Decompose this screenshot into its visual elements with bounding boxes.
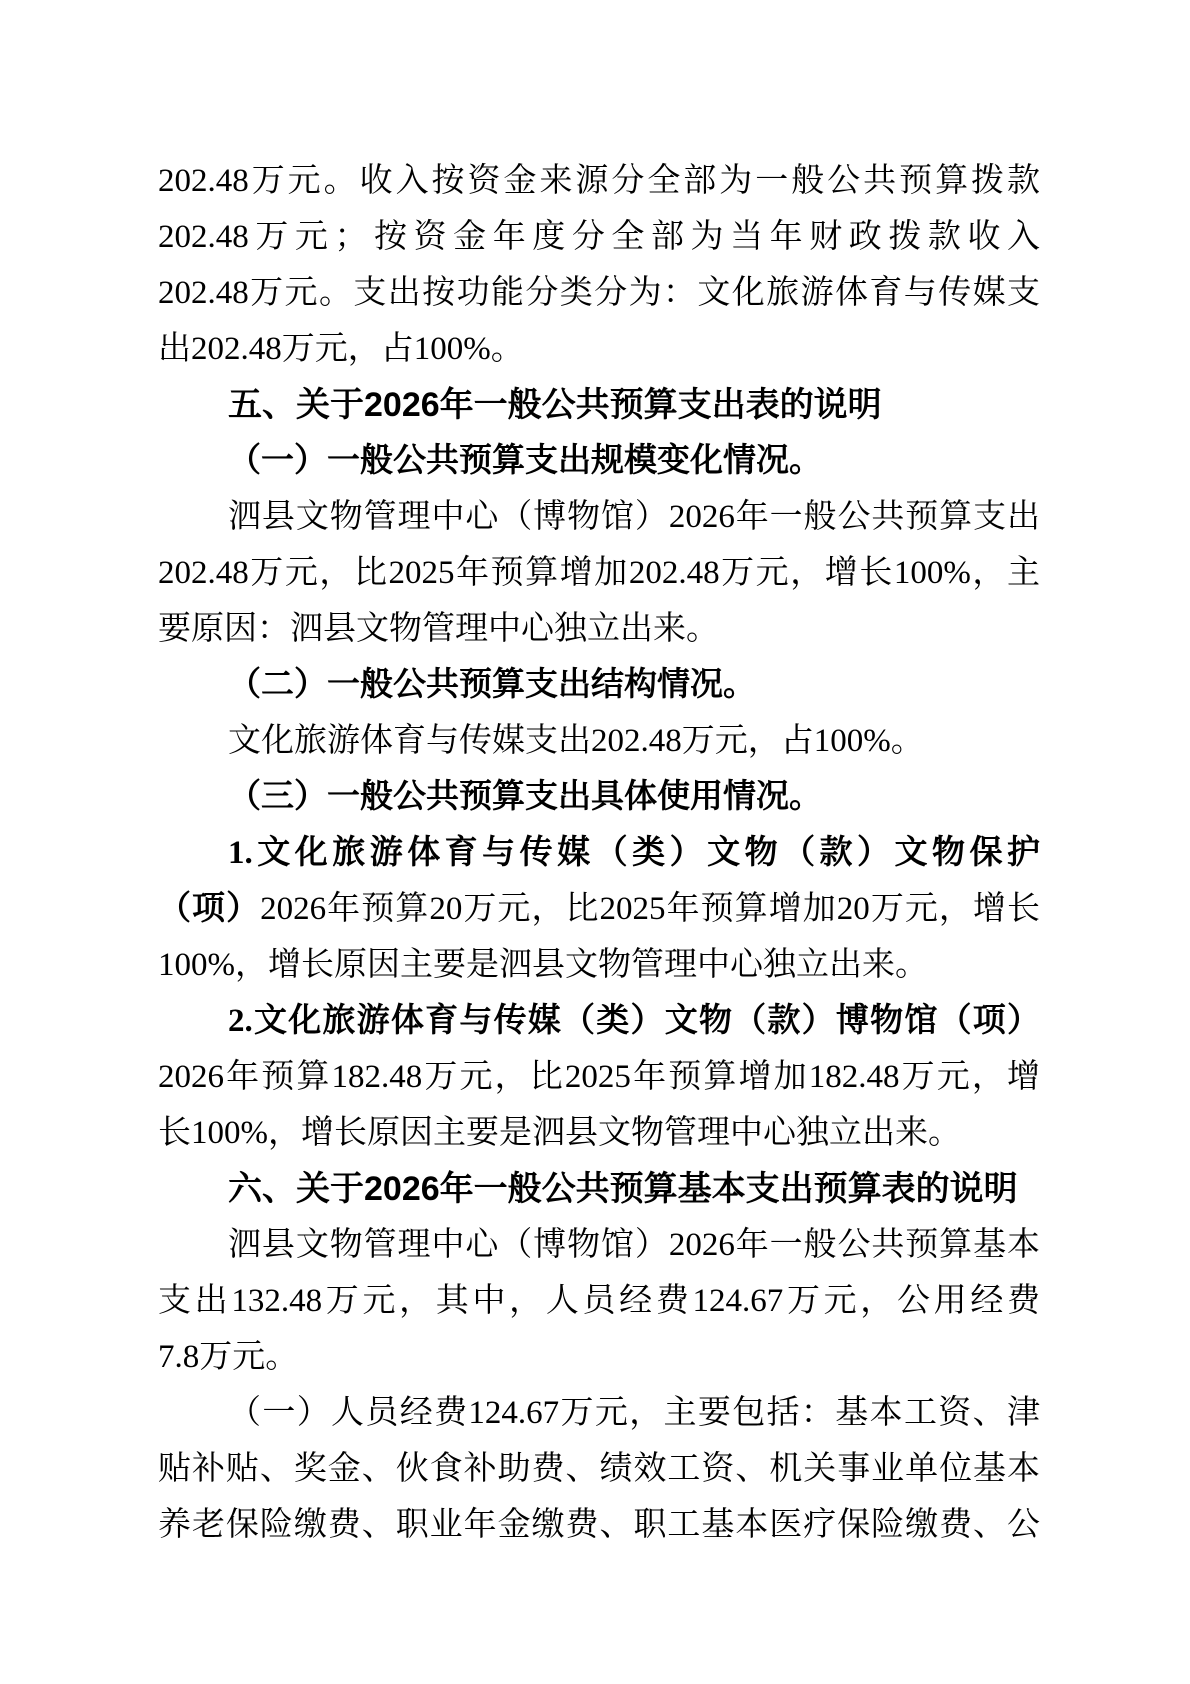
text-segment: 出202.48万元，占100%。 [158,331,524,367]
text-segment: 泗县文物管理中心（博物馆）2026年一般公共预算基本 [228,1227,1040,1263]
text-line: 出202.48万元，占100%。 [158,321,1040,377]
text-line: 202.48万元。支出按功能分类分为：文化旅游体育与传媒支 [158,265,1040,321]
text-line: （三）一般公共预算支出具体使用情况。 [158,769,1040,825]
text-line: （一）人员经费124.67万元，主要包括：基本工资、津 [158,1385,1040,1441]
text-segment: 文化旅游体育与传媒支出202.48万元，占100%。 [228,723,924,759]
text-line: 文化旅游体育与传媒支出202.48万元，占100%。 [158,713,1040,769]
text-segment: 长100%，增长原因主要是泗县文物管理中心独立出来。 [158,1115,961,1151]
text-line: 1.文化旅游体育与传媒（类）文物（款）文物保护 [158,825,1040,881]
text-segment: 要原因：泗县文物管理中心独立出来。 [158,611,719,647]
text-line: 泗县文物管理中心（博物馆）2026年一般公共预算支出 [158,489,1040,545]
text-line: 2026年预算182.48万元，比2025年预算增加182.48万元，增 [158,1049,1040,1105]
text-line: 100%，增长原因主要是泗县文物管理中心独立出来。 [158,937,1040,993]
text-line: 2.文化旅游体育与传媒（类）文物（款）博物馆（项） [158,993,1040,1049]
text-line: 泗县文物管理中心（博物馆）2026年一般公共预算基本 [158,1217,1040,1273]
text-line: 支出132.48万元，其中，人员经费124.67万元，公用经费 [158,1273,1040,1329]
text-line: 7.8万元。 [158,1329,1040,1385]
text-line: 要原因：泗县文物管理中心独立出来。 [158,601,1040,657]
text-segment: 100%，增长原因主要是泗县文物管理中心独立出来。 [158,947,928,983]
text-line: 六、关于2026年一般公共预算基本支出预算表的说明 [158,1161,1040,1217]
text-line: （项）2026年预算20万元，比2025年预算增加20万元，增长 [158,881,1040,937]
text-segment: （二）一般公共预算支出结构情况。 [228,667,756,703]
text-line: （一）一般公共预算支出规模变化情况。 [158,433,1040,489]
text-segment: 2026年预算182.48万元，比2025年预算增加182.48万元，增 [158,1059,1040,1095]
text-line: 202.48万元，比2025年预算增加202.48万元，增长100%，主 [158,545,1040,601]
text-segment: 支出132.48万元，其中，人员经费124.67万元，公用经费 [158,1283,1040,1319]
text-segment: 202.48万元。收入按资金来源分全部为一般公共预算拨款 [158,163,1040,199]
text-line: 202.48万元。收入按资金来源分全部为一般公共预算拨款 [158,153,1040,209]
text-segment: 六、关于2026年一般公共预算基本支出预算表的说明 [228,1170,1018,1208]
text-segment: 1.文化旅游体育与传媒（类）文物（款）文物保护 [228,835,1040,871]
text-segment: 养老保险缴费、职业年金缴费、职工基本医疗保险缴费、公 [158,1507,1040,1543]
text-segment: 2026年预算20万元，比2025年预算增加20万元，增长 [260,891,1040,927]
text-segment: （一）人员经费124.67万元，主要包括：基本工资、津 [228,1395,1040,1431]
document-page: 202.48万元。收入按资金来源分全部为一般公共预算拨款202.48万元；按资金… [0,0,1190,1684]
text-segment: 202.48万元，比2025年预算增加202.48万元，增长100%，主 [158,555,1040,591]
text-line: （二）一般公共预算支出结构情况。 [158,657,1040,713]
text-segment: 贴补贴、奖金、伙食补助费、绩效工资、机关事业单位基本 [158,1451,1040,1487]
text-segment: 泗县文物管理中心（博物馆）2026年一般公共预算支出 [228,499,1040,535]
text-segment: 五、关于2026年一般公共预算支出表的说明 [228,386,882,424]
text-line: 五、关于2026年一般公共预算支出表的说明 [158,377,1040,433]
text-line: 贴补贴、奖金、伙食补助费、绩效工资、机关事业单位基本 [158,1441,1040,1497]
text-segment: 202.48万元；按资金年度分全部为当年财政拨款收入 [158,219,1040,255]
text-segment: （三）一般公共预算支出具体使用情况。 [228,779,822,815]
text-segment: 2.文化旅游体育与传媒（类）文物（款）博物馆（项） [228,1003,1040,1039]
text-segment: 202.48万元。支出按功能分类分为：文化旅游体育与传媒支 [158,275,1040,311]
text-line: 202.48万元；按资金年度分全部为当年财政拨款收入 [158,209,1040,265]
text-line: 长100%，增长原因主要是泗县文物管理中心独立出来。 [158,1105,1040,1161]
text-line: 养老保险缴费、职业年金缴费、职工基本医疗保险缴费、公 [158,1497,1040,1553]
document-body: 202.48万元。收入按资金来源分全部为一般公共预算拨款202.48万元；按资金… [158,153,1040,1553]
text-segment: （一）一般公共预算支出规模变化情况。 [228,443,822,479]
text-segment: （项） [158,891,260,927]
text-segment: 7.8万元。 [158,1339,298,1375]
